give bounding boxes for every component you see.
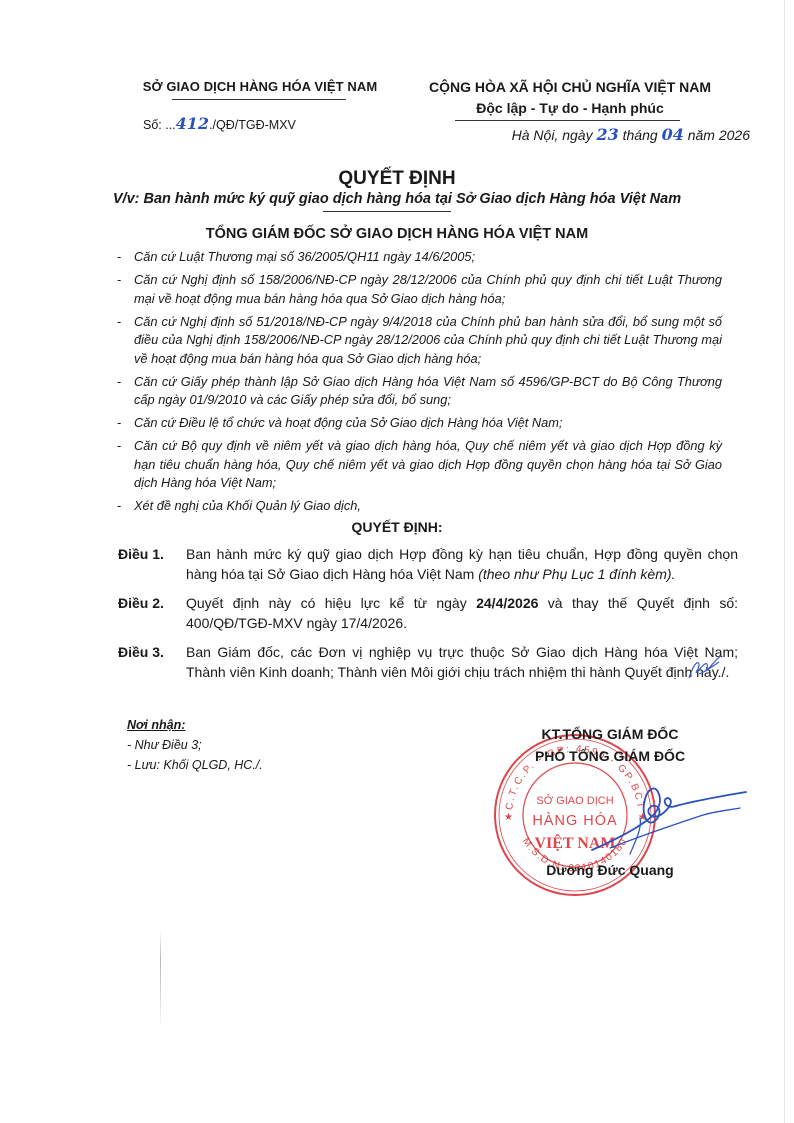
article-text: Quyết định này có hiệu lực kể từ ngày 24… (186, 593, 738, 633)
legal-basis-item: Căn cứ Luật Thương mại số 36/2005/QH11 n… (117, 248, 722, 267)
issuing-authority: TỔNG GIÁM ĐỐC SỞ GIAO DỊCH HÀNG HÓA VIỆT… (0, 226, 794, 242)
initials-scribble-icon (685, 652, 725, 682)
date-month: 04 (662, 125, 684, 144)
motto-underline (455, 120, 680, 121)
place-prefix: Hà Nội, ngày (512, 127, 597, 143)
article-label: Điều 2. (118, 593, 186, 613)
handwritten-signature-icon (590, 770, 750, 865)
organization-name: SỞ GIAO DỊCH HÀNG HÓA VIỆT NAM (120, 79, 400, 94)
year-label: năm 2026 (684, 127, 750, 143)
page-edge (784, 0, 785, 1123)
subject-underline (323, 211, 451, 212)
recipients-heading: Nơi nhận: (127, 718, 185, 732)
article-text: Ban hành mức ký quỹ giao dịch Hợp đồng k… (186, 544, 738, 584)
article-label: Điều 1. (118, 544, 186, 564)
place-and-date: Hà Nội, ngày 23 tháng 04 năm 2026 (470, 125, 750, 144)
document-number: Số: ...412./QĐ/TGĐ-MXV (143, 114, 296, 133)
date-day: 23 (596, 125, 618, 144)
recipient-item: - Lưu: Khối QLGD, HC./. (127, 758, 263, 772)
legal-basis-item: Căn cứ Bộ quy định về niêm yết và giao d… (117, 437, 722, 493)
legal-basis-item: Xét đề nghị của Khối Quản lý Giao dịch, (117, 497, 722, 516)
signer-name: Dương Đức Quang (460, 862, 760, 878)
effective-date: 24/4/2026 (476, 595, 538, 611)
article-1: Điều 1. Ban hành mức ký quỹ giao dịch Hợ… (118, 544, 738, 584)
recipient-item: - Như Điều 3; (127, 738, 202, 752)
signer-title: PHÓ TỔNG GIÁM ĐỐC (460, 748, 760, 764)
organization-underline (172, 99, 346, 100)
svg-text:★: ★ (504, 812, 513, 823)
document-subject: V/v: Ban hành mức ký quỹ giao dịch hàng … (0, 191, 794, 207)
legal-basis-item: Căn cứ Nghị định số 158/2006/NĐ-CP ngày … (117, 271, 722, 308)
legal-basis-item: Căn cứ Nghị định số 51/2018/NĐ-CP ngày 9… (117, 313, 722, 369)
article-label: Điều 3. (118, 642, 186, 662)
sign-on-behalf: KT.TỔNG GIÁM ĐỐC (460, 726, 760, 742)
article-2-body-start: Quyết định này có hiệu lực kể từ ngày (186, 595, 476, 611)
country-name: CỘNG HÒA XÃ HỘI CHỦ NGHĨA VIỆT NAM (400, 79, 740, 95)
document-title: QUYẾT ĐỊNH (0, 168, 794, 190)
legal-basis-item: Căn cứ Điều lệ tổ chức và hoạt động của … (117, 414, 722, 433)
legal-basis-item: Căn cứ Giấy phép thành lập Sở Giao dịch … (117, 373, 722, 410)
article-text: Ban Giám đốc, các Đơn vị nghiệp vụ trực … (186, 642, 738, 682)
doc-number-prefix: Số: ... (143, 118, 176, 132)
national-motto: Độc lập - Tự do - Hạnh phúc (400, 100, 740, 116)
legal-bases-list: Căn cứ Luật Thương mại số 36/2005/QH11 n… (117, 248, 722, 520)
article-1-annex-note: (theo như Phụ Lục 1 đính kèm). (478, 566, 675, 582)
article-3: Điều 3. Ban Giám đốc, các Đơn vị nghiệp … (118, 642, 738, 682)
doc-number-suffix: ./QĐ/TGĐ-MXV (209, 118, 296, 132)
scan-artifact (160, 930, 161, 1030)
doc-number-handwritten: 412 (176, 114, 209, 133)
decision-heading: QUYẾT ĐỊNH: (0, 519, 794, 535)
article-2: Điều 2. Quyết định này có hiệu lực kể từ… (118, 593, 738, 633)
month-label: tháng (619, 127, 662, 143)
